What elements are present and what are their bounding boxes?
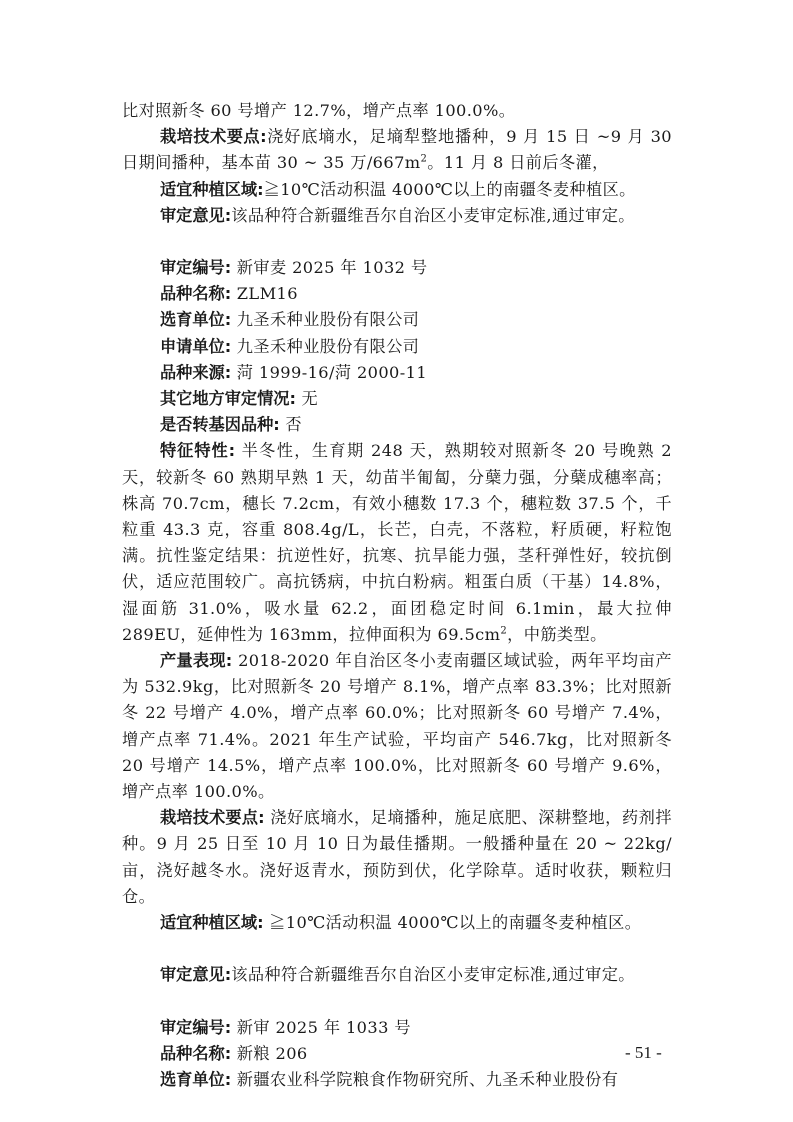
yield-performance: 产量表现: 2018-2020 年自治区冬小麦南疆区域试验，两年平均亩产为 53… [122,648,672,805]
previous-entry-tail: 比对照新冬 60 号增产 12.7%，增产点率 100.0%。 [122,98,672,124]
other-region-approval: 其它地方审定情况: 无 [122,386,672,412]
variety-source-label: 品种来源: [160,363,231,382]
variety-name: 品种名称: ZLM16 [122,281,672,307]
other-region-approval-value: 无 [302,389,319,408]
approval-number: 审定编号: 新审 2025 年 1033 号 [122,1015,672,1041]
variety-entry-1033: 审定编号: 新审 2025 年 1033 号 品种名称: 新粮 206 选育单位… [122,1015,672,1094]
opinion-text: 该品种符合新疆维吾尔自治区小麦审定标准,通过审定。 [231,206,635,225]
opinion-text: 该品种符合新疆维吾尔自治区小麦审定标准,通过审定。 [231,965,635,984]
characteristics: 特征特性: 半冬性，生育期 248 天，熟期较对照新冬 20 号晚熟 2 天，较… [122,438,672,648]
breeding-unit: 选育单位: 新疆农业科学院粮食作物研究所、九圣禾种业股份有 [122,1067,672,1093]
variety-name-label: 品种名称: [160,284,231,303]
breeding-unit-value: 九圣禾种业股份有限公司 [237,310,419,329]
variety-name-label: 品种名称: [160,1044,231,1063]
breeding-unit-label: 选育单位: [160,1070,231,1089]
approval-number-value: 新审 2025 年 1033 号 [237,1018,411,1037]
suitable-region: 适宜种植区域: ≧10℃活动积温 4000℃以上的南疆冬麦种植区。 [122,910,672,936]
approval-number-label: 审定编号: [160,258,231,277]
yield-text: 2018-2020 年自治区冬小麦南疆区域试验，两年平均亩产为 532.9kg，… [122,651,672,801]
applicant-unit-value: 九圣禾种业股份有限公司 [237,337,419,356]
cultivation-label: 栽培技术要点: [160,127,267,146]
yield-label: 产量表现: [160,651,232,670]
approval-number-value: 新审麦 2025 年 1032 号 [237,258,428,277]
transgenic-status-label: 是否转基因品种: [160,415,280,434]
variety-name-value: 新粮 206 [237,1044,308,1063]
region-text: ≧10℃活动积温 4000℃以上的南疆冬麦种植区。 [264,180,636,199]
variety-name-value: ZLM16 [237,284,298,303]
variety-name: 品种名称: 新粮 206 [122,1041,672,1067]
region-label: 适宜种植区域: [160,913,264,932]
applicant-unit-label: 申请单位: [160,337,231,356]
cultivation-points: 栽培技术要点: 浇好底墒水，足墒播种，施足底肥、深耕整地，药剂拌种。9 月 25… [122,805,672,910]
characteristics-text-after: ，中筋类型。 [507,625,607,644]
cultivation-text-after: 。11 月 8 日前后冬灌， [427,153,608,172]
opinion-label: 审定意见: [160,206,231,225]
previous-suitable-region: 适宜种植区域:≧10℃活动积温 4000℃以上的南疆冬麦种植区。 [122,177,672,203]
opinion-label: 审定意见: [160,965,231,984]
variety-source-value: 菏 1999-16/菏 2000-11 [237,363,427,382]
breeding-unit: 选育单位: 九圣禾种业股份有限公司 [122,307,672,333]
region-text: ≧10℃活动积温 4000℃以上的南疆冬麦种植区。 [269,913,641,932]
page-number: - 51 - [625,1043,662,1063]
cultivation-label: 栽培技术要点: [160,808,265,827]
breeding-unit-value: 新疆农业科学院粮食作物研究所、九圣禾种业股份有 [237,1070,619,1089]
characteristics-label: 特征特性: [160,441,235,460]
transgenic-status: 是否转基因品种: 否 [122,412,672,438]
previous-cultivation-points: 栽培技术要点:浇好底墒水，足墒犁整地播种，9 月 15 日 ~9 月 30 日期… [122,124,672,176]
previous-approval-opinion: 审定意见:该品种符合新疆维吾尔自治区小麦审定标准,通过审定。 [122,203,672,229]
approval-number: 审定编号: 新审麦 2025 年 1032 号 [122,255,672,281]
applicant-unit: 申请单位: 九圣禾种业股份有限公司 [122,334,672,360]
variety-source: 品种来源: 菏 1999-16/菏 2000-11 [122,360,672,386]
section-spacer [122,989,672,1015]
approval-number-label: 审定编号: [160,1018,231,1037]
transgenic-status-value: 否 [285,415,302,434]
document-page: 比对照新冬 60 号增产 12.7%，增产点率 100.0%。 栽培技术要点:浇… [122,98,672,1093]
section-spacer [122,936,672,962]
approval-opinion: 审定意见:该品种符合新疆维吾尔自治区小麦审定标准,通过审定。 [122,962,672,988]
variety-entry-1032: 审定编号: 新审麦 2025 年 1032 号 品种名称: ZLM16 选育单位… [122,255,672,988]
other-region-approval-label: 其它地方审定情况: [160,389,296,408]
section-spacer [122,229,672,255]
characteristics-text: 半冬性，生育期 248 天，熟期较对照新冬 20 号晚熟 2 天，较新冬 60 … [122,441,672,643]
breeding-unit-label: 选育单位: [160,310,231,329]
region-label: 适宜种植区域: [160,180,264,199]
